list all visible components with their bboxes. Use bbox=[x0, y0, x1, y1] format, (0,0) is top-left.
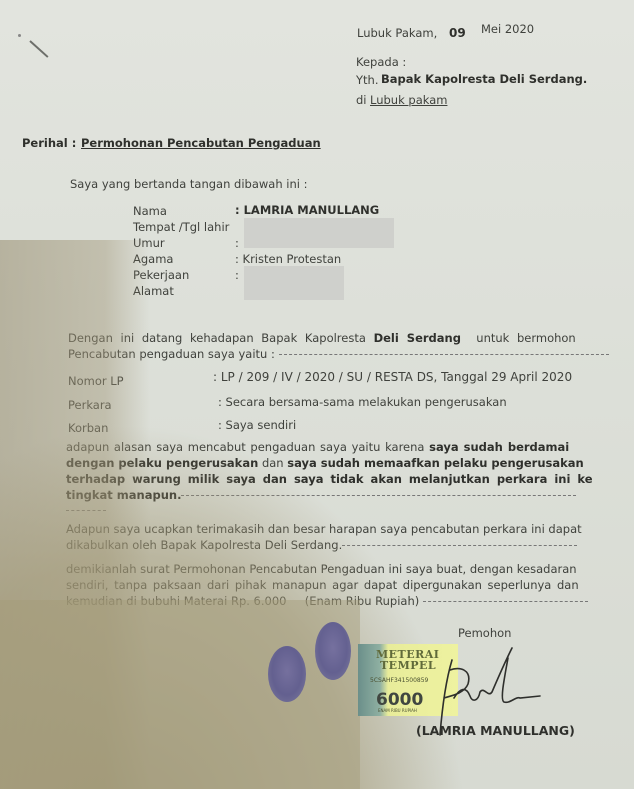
thanks-line2: dikabulkan oleh Bapak Kapolresta Deli Se… bbox=[66, 538, 577, 552]
filler-dashes bbox=[181, 495, 576, 496]
identity-value: : bbox=[235, 236, 239, 250]
letter-month-year: Mei 2020 bbox=[481, 22, 534, 36]
subject-label: Perihal : bbox=[22, 136, 76, 150]
thumbprint bbox=[315, 622, 351, 680]
filler-dashes bbox=[66, 510, 106, 511]
thanks-text: dikabulkan oleh Bapak Kapolresta Deli Se… bbox=[66, 538, 342, 552]
reason-part: adapun alasan saya mencabut pengaduan sa… bbox=[66, 440, 424, 454]
at-place: Lubuk pakam bbox=[370, 93, 447, 107]
filler-dashes bbox=[423, 601, 588, 602]
addressee: Bapak Kapolresta Deli Serdang. bbox=[381, 72, 587, 86]
filler-dashes bbox=[279, 354, 609, 355]
identity-value: : bbox=[235, 268, 239, 282]
para1-line2: Pencabutan pengaduan saya yaitu : bbox=[68, 347, 609, 361]
identity-value: : LAMRIA MANULLANG bbox=[235, 203, 379, 217]
thumbprint bbox=[268, 646, 306, 702]
redacted-field bbox=[244, 218, 394, 248]
reason-part: dan bbox=[262, 456, 284, 470]
case-label: Perkara bbox=[68, 398, 112, 412]
closing-text: kemudian di bubuhi Materai Rp. 6.000 bbox=[66, 594, 286, 608]
identity-label: Nama bbox=[133, 204, 167, 218]
identity-value: : Kristen Protestan bbox=[235, 252, 341, 266]
reason-bold: tingkat manapun. bbox=[66, 488, 181, 502]
filler-dashes bbox=[342, 545, 577, 546]
case-label: Nomor LP bbox=[68, 374, 124, 388]
letter-place: Lubuk Pakam, bbox=[357, 26, 437, 40]
reason-line: dengan pelaku pengerusakan dan saya suda… bbox=[66, 456, 584, 470]
identity-label: Umur bbox=[133, 236, 165, 250]
closing-line: sendiri, tanpa paksaan dari pihak manapu… bbox=[66, 578, 579, 592]
identity-label: Alamat bbox=[133, 284, 174, 298]
intro-text: Saya yang bertanda tangan dibawah ini : bbox=[70, 177, 308, 191]
paper-mark bbox=[18, 34, 21, 37]
identity-label: Agama bbox=[133, 252, 173, 266]
signatory-name: (LAMRIA MANULLANG) bbox=[416, 724, 575, 738]
identity-label: Tempat /Tgl lahir bbox=[133, 220, 229, 234]
case-label: Korban bbox=[68, 421, 108, 435]
to-label: Kepada : bbox=[356, 55, 406, 69]
closing-text: (Enam Ribu Rupiah) bbox=[305, 594, 419, 608]
para1-line2-text: Pencabutan pengaduan saya yaitu : bbox=[68, 347, 275, 361]
redacted-field bbox=[244, 266, 344, 300]
thanks-line: Adapun saya ucapkan terimakasih dan besa… bbox=[66, 522, 582, 536]
addressee-prefix: Yth. bbox=[356, 73, 378, 87]
reason-line: tingkat manapun. bbox=[66, 488, 576, 502]
signature-role: Pemohon bbox=[458, 626, 511, 640]
case-value: : Secara bersama-sama melakukan pengerus… bbox=[218, 395, 507, 409]
identity-label: Pekerjaan bbox=[133, 268, 189, 282]
reason-bold: saya sudah memaafkan pelaku pengerusakan bbox=[287, 456, 584, 470]
para1-part: Dengan ini datang kehadapan Bapak Kapolr… bbox=[68, 331, 366, 345]
para1-part: untuk bermohon bbox=[476, 331, 575, 345]
at-prefix: di bbox=[356, 93, 367, 107]
subject-value: Permohonan Pencabutan Pengaduan bbox=[81, 136, 321, 150]
letter-day: 09 bbox=[449, 26, 466, 40]
para1-bold: Deli Serdang bbox=[374, 331, 461, 345]
reason-line: terhadap warung milik saya dan saya tida… bbox=[66, 472, 593, 486]
case-value: : Saya sendiri bbox=[218, 418, 296, 432]
reason-bold: saya sudah berdamai bbox=[429, 440, 569, 454]
reason-bold: dengan pelaku pengerusakan bbox=[66, 456, 258, 470]
reason-line: adapun alasan saya mencabut pengaduan sa… bbox=[66, 440, 569, 454]
para1-text: Dengan ini datang kehadapan Bapak Kapolr… bbox=[68, 331, 576, 345]
case-value: : LP / 209 / IV / 2020 / SU / RESTA DS, … bbox=[213, 370, 572, 384]
closing-line3: kemudian di bubuhi Materai Rp. 6.000 (En… bbox=[66, 594, 588, 608]
closing-line: demikianlah surat Permohonan Pencabutan … bbox=[66, 562, 577, 576]
